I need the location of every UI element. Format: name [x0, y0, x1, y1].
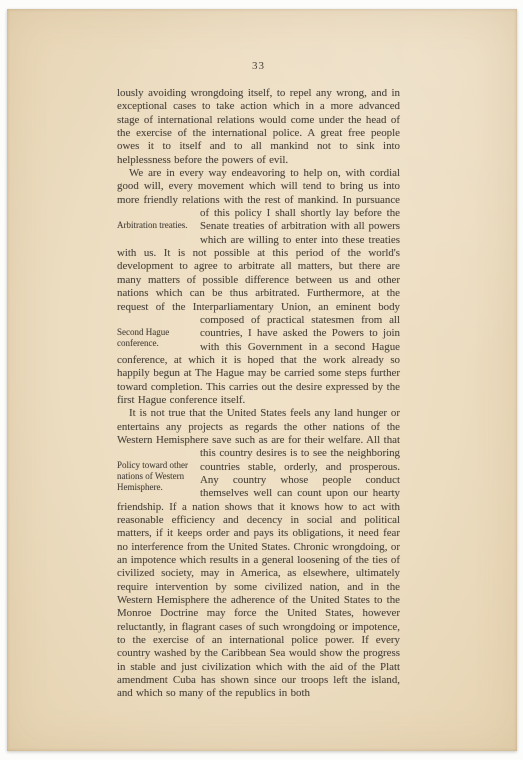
paragraph-western-hemisphere: It is not true that the United States fe… [117, 407, 400, 701]
page-number: 33 [117, 60, 400, 72]
margin-note-policy-western-hemisphere: Policy toward other nations of Western H… [117, 447, 193, 500]
book-page: 33 lously avoiding wrongdoing itself, to… [7, 9, 517, 751]
paragraph-continuation: lously avoiding wrongdoing itself, to re… [117, 87, 400, 167]
paragraph-arbitration: We are in every way endeavoring to help … [117, 167, 400, 407]
paragraph-text: lously avoiding wrongdoing itself, to re… [117, 87, 400, 166]
scanned-page-background: 33 lously avoiding wrongdoing itself, to… [0, 0, 523, 760]
margin-note-second-hague-conference: Second Hague conference. [117, 314, 193, 354]
margin-note-arbitration-treaties: Arbitration treaties. [117, 207, 193, 247]
text-block: lously avoiding wrongdoing itself, to re… [117, 87, 400, 701]
